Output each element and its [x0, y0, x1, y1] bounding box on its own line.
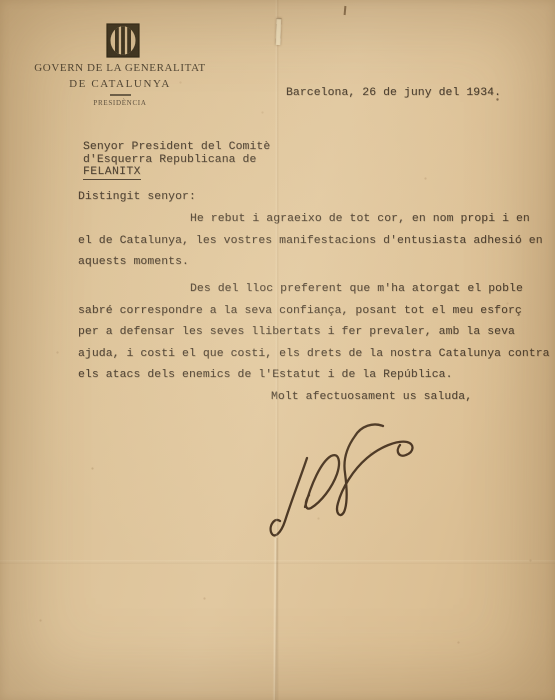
paper-blemish [276, 18, 282, 45]
closing-line: Molt afectuosament us saluda, [271, 391, 472, 403]
ink-mark [344, 6, 347, 15]
recipient-town: FELANITX [83, 166, 141, 180]
horizontal-fold-crease [0, 560, 555, 564]
handwritten-signature [225, 418, 445, 568]
letterhead-divider [110, 94, 131, 96]
paper-specks [0, 0, 1, 1]
dateline: Barcelona, 26 de juny del 1934. [286, 87, 501, 99]
recipient-address: Senyor President del Comitè d'Esquerra R… [83, 141, 270, 167]
salutation: Distingit senyor: [78, 191, 196, 203]
department-label: PRESIDÈNCIA [25, 99, 215, 107]
letterhead: GOVERN DE LA GENERALITAT DE CATALUNYA PR… [25, 62, 215, 107]
org-name-line1: GOVERN DE LA GENERALITAT [25, 62, 215, 74]
catalonia-coat-of-arms-icon [106, 23, 140, 58]
body-paragraph-1: He rebut i agraeixo de tot cor, en nom p… [78, 209, 552, 274]
body-paragraph-2: Des del lloc preferent que m'ha atorgat … [78, 279, 552, 387]
letter-page: GOVERN DE LA GENERALITAT DE CATALUNYA PR… [0, 0, 555, 700]
org-name-line2: DE CATALUNYA [25, 78, 215, 90]
